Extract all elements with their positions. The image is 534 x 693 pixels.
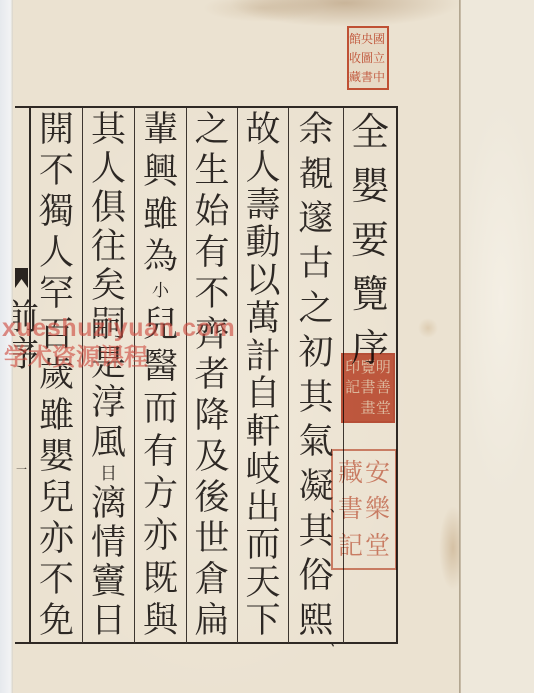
text-character: 萬 xyxy=(245,301,280,338)
margin-section-label: 前序 xyxy=(16,300,27,374)
text-character: 醫 xyxy=(143,349,178,386)
seal-character: 樂 xyxy=(365,495,390,523)
library-seal-stamp: 國立中央圖書館收藏 xyxy=(347,26,389,90)
seal-character: 立 xyxy=(373,51,385,65)
text-character: 情 xyxy=(91,525,126,562)
text-character: 日 xyxy=(100,464,117,484)
text-character: 俱 xyxy=(91,190,126,227)
seal-character: 堂 xyxy=(365,532,390,560)
seal-character: 書 xyxy=(361,379,376,396)
seal-character: 記 xyxy=(338,532,363,560)
text-character: 不 xyxy=(39,562,74,599)
seal-character: 書 xyxy=(338,495,363,523)
text-character: 後 xyxy=(194,480,229,517)
seal-character: 畫 xyxy=(361,400,376,417)
text-character: 輩 xyxy=(143,112,178,149)
seal-character: 藏 xyxy=(338,459,363,487)
punctuation-mark: 、 xyxy=(329,633,344,648)
text-character: 亦 xyxy=(143,518,178,555)
text-character: 有 xyxy=(143,434,178,471)
text-character: 壽 xyxy=(245,188,280,225)
text-character: 興 xyxy=(143,154,178,191)
text-character: 人 xyxy=(39,235,74,272)
text-character: 不 xyxy=(39,153,74,190)
text-character: 人 xyxy=(245,150,280,187)
text-character: 小 xyxy=(152,281,169,301)
text-character: 雖 xyxy=(39,398,74,435)
text-character: 出 xyxy=(245,490,280,527)
text-character: 齊 xyxy=(194,317,229,354)
text-character: 天 xyxy=(245,565,280,602)
text-character: 者 xyxy=(194,357,229,394)
text-character: 兒 xyxy=(143,307,178,344)
text-column-3: 之生始有不齊者降及後世倉扁 xyxy=(187,109,237,641)
seal-character: 央 xyxy=(361,32,373,46)
text-character: 其 xyxy=(298,380,333,417)
text-character: 其 xyxy=(91,112,126,149)
margin-page-number: 一 xyxy=(16,464,27,476)
text-character: 其 xyxy=(298,514,333,551)
text-character: 開 xyxy=(39,112,74,149)
text-character: 嬰 xyxy=(351,166,389,206)
text-column-4: 輩興雖為小兒醫而有方亦既與 xyxy=(135,109,186,641)
text-character: 矣 xyxy=(91,268,126,305)
text-character: 降 xyxy=(194,398,229,435)
text-character: 要 xyxy=(351,220,389,260)
frame-top-border xyxy=(15,106,398,108)
text-character: 免 xyxy=(39,603,74,640)
seal-character: 書 xyxy=(361,70,373,84)
text-character: 是 xyxy=(91,346,126,383)
seal-character: 善 xyxy=(376,379,391,396)
text-character: 兒 xyxy=(39,480,74,517)
text-character: 方 xyxy=(143,476,178,513)
text-character: 既 xyxy=(143,561,178,598)
text-character: 而 xyxy=(245,527,280,564)
text-character: 邃 xyxy=(298,201,333,238)
text-column-5: 其人俱往矣嗣是淳風日漓情竇日 xyxy=(83,109,134,641)
text-character: 自 xyxy=(245,376,280,413)
text-character: 亦 xyxy=(39,521,74,558)
text-column-2: 故人壽動以萬計自軒岐出而天下 xyxy=(238,109,288,641)
text-character: 往 xyxy=(91,229,126,266)
facing-page-edge xyxy=(461,0,534,693)
text-character: 生 xyxy=(194,153,229,190)
seal-character: 記 xyxy=(345,379,360,396)
text-character: 扁 xyxy=(194,603,229,640)
text-character: 而 xyxy=(143,391,178,428)
text-character: 世 xyxy=(194,521,229,558)
seal-character: 國 xyxy=(373,32,385,46)
text-character: 及 xyxy=(194,439,229,476)
seal-character: 館 xyxy=(349,32,361,46)
text-character: 雖 xyxy=(143,197,178,234)
page-fold-line xyxy=(459,0,461,693)
seal-character: 覽 xyxy=(361,359,376,376)
seal-character: 明 xyxy=(376,359,391,376)
collector-seal-stamp: 明善堂覽書畫印記 xyxy=(341,353,395,423)
text-character: 之 xyxy=(194,112,229,149)
seal-character: 印 xyxy=(345,359,360,376)
text-character: 嬰 xyxy=(39,439,74,476)
text-character: 為 xyxy=(143,239,178,276)
text-character: 俗 xyxy=(298,558,333,595)
text-character: 罕 xyxy=(39,276,74,313)
text-character: 熙、 xyxy=(298,603,333,640)
seal-character: 堂 xyxy=(376,400,391,417)
text-character: 下 xyxy=(245,603,280,640)
text-character: 計 xyxy=(245,339,280,376)
text-character: 故 xyxy=(245,112,280,149)
text-character: 岐 xyxy=(245,452,280,489)
text-character: 始 xyxy=(194,194,229,231)
seal-character: 收 xyxy=(349,51,361,65)
text-character: 以 xyxy=(245,263,280,300)
text-character: 動 xyxy=(245,225,280,262)
seal-character: 圖 xyxy=(361,51,373,65)
seal-character: 藏 xyxy=(349,70,361,84)
seal-character: 安 xyxy=(365,459,390,487)
text-character: 有 xyxy=(194,235,229,272)
text-character: 與 xyxy=(143,603,178,640)
text-character: 獨 xyxy=(39,194,74,231)
text-character: 古 xyxy=(298,246,333,283)
text-character: 余 xyxy=(298,112,333,149)
text-character: 初 xyxy=(298,335,333,372)
text-character: 倉 xyxy=(194,562,229,599)
collection-seal-stamp: 安樂堂藏書記 xyxy=(331,449,397,570)
text-character: 風 xyxy=(91,425,126,462)
book-page-scan: 全嬰要覽序 余覩邃古之初其氣凝、其俗熙、 故人壽動以萬計自軒岐出而天下 之生始有… xyxy=(0,0,534,693)
text-character: 嗣 xyxy=(91,307,126,344)
text-character: 覽 xyxy=(351,274,389,314)
text-column-6: 開不獨人罕百歲雖嬰兒亦不免 xyxy=(31,109,82,641)
text-character: 氣 xyxy=(298,424,333,461)
text-character: 歲 xyxy=(39,357,74,394)
text-character: 日 xyxy=(91,603,126,640)
text-character: 軒 xyxy=(245,414,280,451)
text-character: 竇 xyxy=(91,564,126,601)
text-character: 漓 xyxy=(91,486,126,523)
text-character: 百 xyxy=(39,317,74,354)
text-character: 之 xyxy=(298,291,333,328)
text-character: 覩 xyxy=(298,157,333,194)
scan-left-margin xyxy=(0,0,13,693)
text-character: 凝、 xyxy=(298,469,333,506)
text-character: 不 xyxy=(194,276,229,313)
text-character: 全 xyxy=(351,112,389,152)
seal-character: 中 xyxy=(373,70,385,84)
text-character: 淳 xyxy=(91,385,126,422)
text-character: 人 xyxy=(91,151,126,188)
